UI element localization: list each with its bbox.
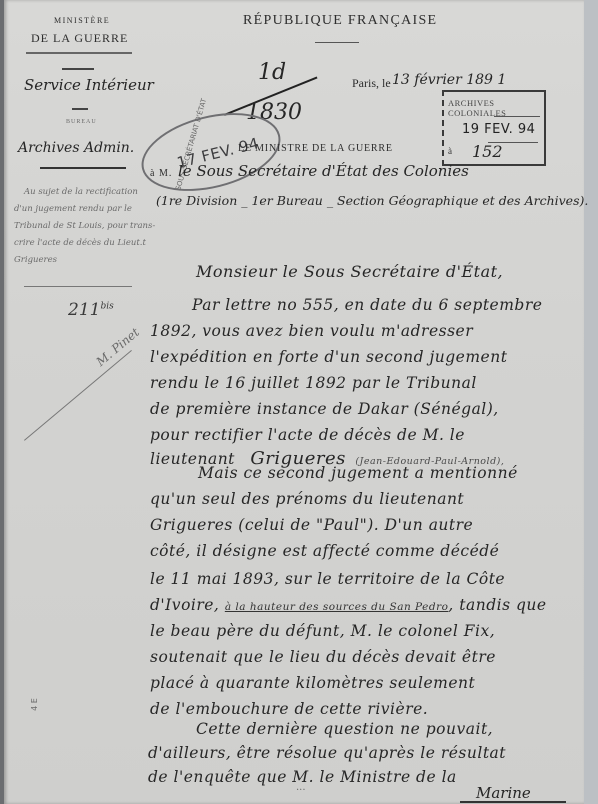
republic-rule — [315, 42, 359, 43]
catchword-rule — [460, 801, 566, 803]
ivory-start: d'Ivoire, — [150, 596, 219, 614]
archives-stamp-rule — [494, 116, 540, 117]
addressee-line: le Sous Secrétaire d'État des Colonies — [178, 162, 469, 180]
date-handwritten: 13 février 189 1 — [392, 72, 506, 88]
ivory-underlined: à la hauteur des sources du San Pedro — [225, 601, 449, 613]
margin-summary: Au sujet de la rectification d'un jugeme… — [14, 184, 155, 269]
bureau-value: Archives Admin. — [18, 140, 134, 156]
bureau-rule — [40, 167, 126, 169]
body-line: le beau père du défunt, M. le colonel Fi… — [150, 622, 495, 640]
margin-summary-rule — [24, 286, 132, 287]
body-line: l'expédition en forte d'un second jugeme… — [150, 348, 507, 366]
archives-stamp-header: ARCHIVES COLONIALES — [448, 98, 544, 118]
body-line: d'ailleurs, être résolue qu'après le rés… — [148, 744, 506, 762]
margin-summary-line: Tribunal de St Louis, pour trans- — [14, 218, 155, 235]
body-line: côté, il désigne est affecté comme décéd… — [150, 542, 499, 560]
margin-number-value: 211 — [68, 300, 100, 320]
short-rule — [62, 68, 94, 70]
body-line: placé à quarante kilomètres seulement — [150, 674, 475, 692]
scan-right-edge — [584, 0, 598, 804]
body-line: Grigueres (celui de "Paul"). D'un autre — [150, 516, 473, 534]
ivory-end: , tandis que — [448, 596, 546, 614]
body-line: pour rectifier l'acte de décès de M. le — [150, 426, 465, 444]
margin-small-mark: 4 E — [30, 698, 39, 711]
archives-stamp-number: 152 — [472, 142, 503, 161]
body-line: rendu le 16 juillet 1892 par le Tribunal — [150, 374, 477, 392]
margin-summary-line: Au sujet de la rectification — [14, 184, 155, 201]
to-prefix: à M. — [150, 168, 172, 179]
archives-stamp-prefix: à — [448, 146, 453, 156]
archives-stamp: ARCHIVES COLONIALES 19 FEV. 94 à 152 — [442, 90, 546, 166]
place-date-label: Paris, le — [352, 76, 391, 91]
body-line: le 11 mai 1893, sur le territoire de la … — [150, 570, 505, 588]
margin-number: 211bis — [68, 300, 114, 320]
ministry-line-1: MINISTÈRE — [54, 16, 110, 25]
margin-summary-line: Grigueres — [14, 252, 155, 269]
letterhead-rule — [26, 52, 132, 54]
margin-summary-line: d'un jugement rendu par le — [14, 201, 155, 218]
body-line: de première instance de Dakar (Sénégal), — [150, 400, 499, 418]
republic-heading: RÉPUBLIQUE FRANÇAISE — [243, 13, 437, 29]
body-line: de l'embouchure de cette rivière. — [150, 700, 428, 718]
body-line: Par lettre no 555, en date du 6 septembr… — [192, 296, 542, 314]
bottom-mark: ... — [296, 782, 306, 793]
body-line: Cette dernière question ne pouvait, — [196, 720, 493, 738]
reference-number-top: 1d — [258, 60, 286, 85]
body-line: qu'un seul des prénoms du lieutenant — [150, 490, 464, 508]
body-line: Mais ce second jugement a mentionné — [198, 464, 518, 482]
margin-summary-line: crire l'acte de décès du Lieut.t — [14, 235, 155, 252]
catchword: Marine — [476, 784, 531, 802]
sender-printed: LE MINISTRE DE LA GUERRE — [238, 143, 393, 154]
bureau-label: BUREAU — [66, 119, 97, 125]
body-line-ivory: d'Ivoire, à la hauteur des sources du Sa… — [150, 596, 547, 614]
service-handwritten: Service Intérieur — [24, 76, 154, 94]
salutation: Monsieur le Sous Secrétaire d'État, — [196, 262, 503, 281]
body-line: soutenait que le lieu du décès devait êt… — [150, 648, 496, 666]
archives-stamp-date: 19 FEV. 94 — [462, 122, 535, 137]
ministry-line-2: DE LA GUERRE — [31, 31, 128, 46]
margin-number-sup: bis — [100, 301, 113, 311]
body-line: 1892, vous avez bien voulu m'adresser — [150, 322, 473, 340]
short-rule-2 — [72, 108, 88, 110]
division-line: (1re Division _ 1er Bureau _ Section Géo… — [156, 193, 588, 208]
